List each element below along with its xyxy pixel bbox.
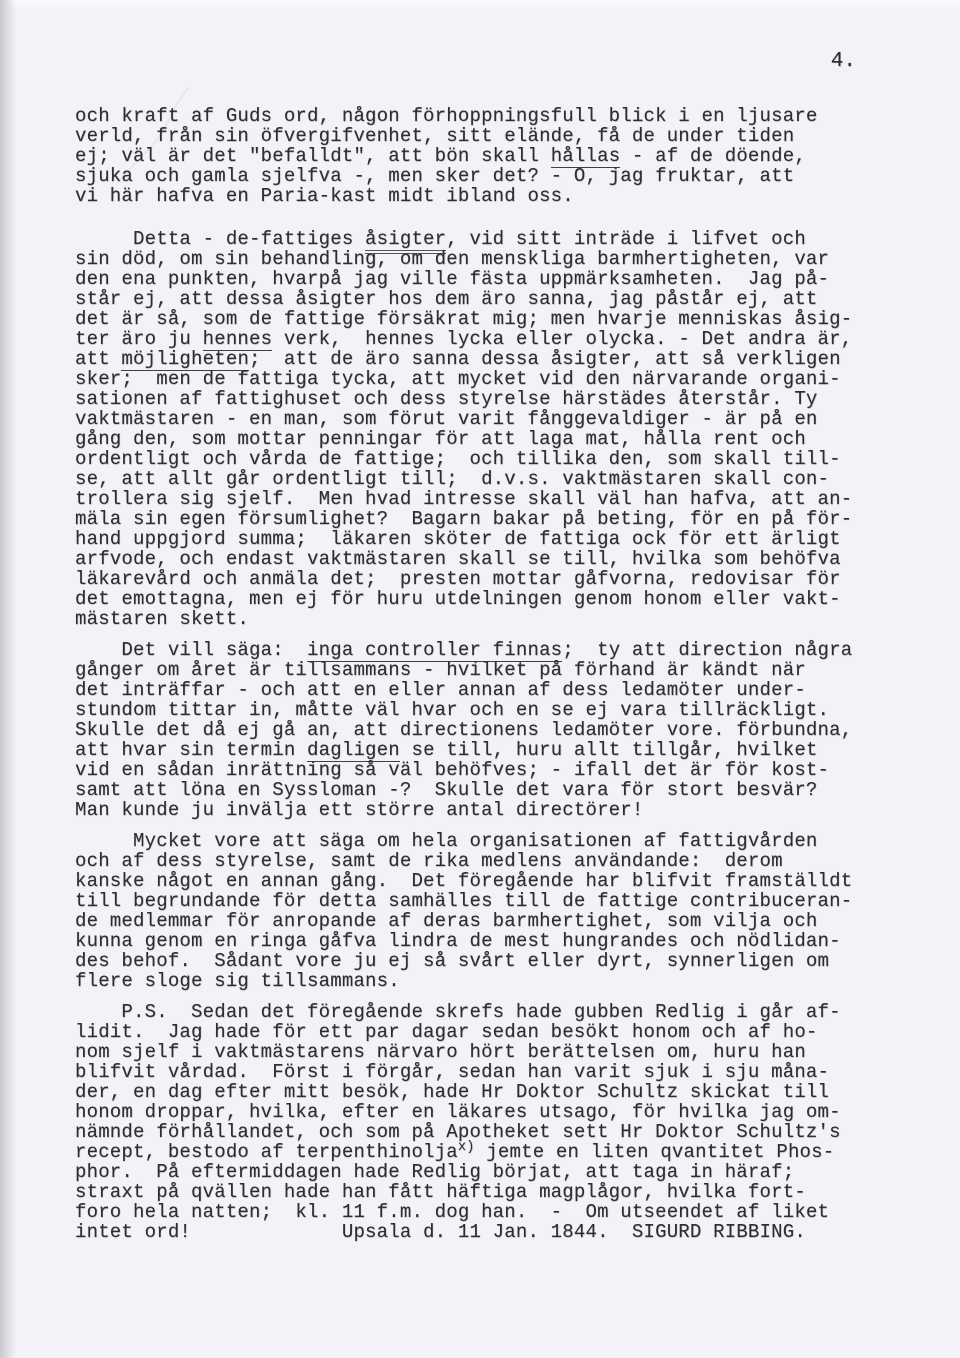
text-line: ter äro ju hennes verk, hennes lycka ell… — [75, 329, 852, 349]
text-line: ej; väl är det "befalldt", att bön skall… — [75, 146, 852, 166]
text-line: kanske något en annan gång. Det föregåen… — [75, 871, 852, 891]
paper-top-sheen — [0, 0, 960, 10]
paragraph: P.S. Sedan det föregående skrefs hade gu… — [75, 1002, 852, 1242]
text-line: att hvar sin termin dagligen se till, hu… — [75, 740, 852, 760]
text-line: samt att löna en Syssloman -? Skulle det… — [75, 780, 852, 800]
text-line: det är så, som de fattige försäkrat mig;… — [75, 309, 852, 329]
text-line: står ej, att dessa åsigter hos dem äro s… — [75, 289, 852, 309]
text-line: det emottagna, men ej för huru utdelning… — [75, 589, 852, 609]
text-line: mästaren skett. — [75, 609, 852, 629]
text-line: lidit. Jag hade för ett par dagar sedan … — [75, 1022, 852, 1042]
text-line: phor. På eftermiddagen hade Redlig börja… — [75, 1162, 852, 1182]
page-number: 4. — [831, 50, 856, 73]
footnote-marker: x) — [458, 1140, 475, 1155]
text-line: de medlemmar för anropande af deras barm… — [75, 911, 852, 931]
text-line: Det vill säga: inga controller finnas; t… — [75, 640, 852, 660]
text-line: ordentligt och vårda de fattige; och til… — [75, 449, 852, 469]
text-line: gånger om året är tillsammans - hvilket … — [75, 660, 852, 680]
text-line: verld, från sin öfvergifvenhet, sitt elä… — [75, 126, 852, 146]
paragraph: Mycket vore att säga om hela organisatio… — [75, 831, 852, 991]
text-line: nom sjelf i vaktmästarens närvaro hört b… — [75, 1042, 852, 1062]
text-line: honom droppar, hvilka, efter en läkares … — [75, 1102, 852, 1122]
text-line: hand uppgjord summa; läkaren sköter de f… — [75, 529, 852, 549]
text-line: sjuka och gamla sjelfva -, men sker det?… — [75, 166, 852, 186]
document-text: och kraft af Guds ord, någon förhoppning… — [75, 106, 852, 1253]
text-line: Man kunde ju invälja ett större antal di… — [75, 800, 852, 820]
paragraph: och kraft af Guds ord, någon förhoppning… — [75, 106, 852, 206]
text-line: sker; men de fattiga tycka, att mycket v… — [75, 369, 852, 389]
text-line: den ena punkten, hvarpå jag ville fästa … — [75, 269, 852, 289]
text-line: stundom tittar in, måtte väl hvar och en… — [75, 700, 852, 720]
text-line: der, en dag efter mitt besök, hade Hr Do… — [75, 1082, 852, 1102]
text-line: Detta - de-fattiges åsigter, vid sitt in… — [75, 229, 852, 249]
text-line: flere sloge sig tillsammans. — [75, 971, 852, 991]
text-line: vi här hafva en Paria-kast midt ibland o… — [75, 186, 852, 206]
text-line: och kraft af Guds ord, någon förhoppning… — [75, 106, 852, 126]
text-line: Skulle det då ej gå an, att directionens… — [75, 720, 852, 740]
text-line: mäla sin egen försumlighet? Bagarn bakar… — [75, 509, 852, 529]
text-line: se, att allt går ordentligt till; d.v.s.… — [75, 469, 852, 489]
text-line: gång den, som mottar penningar för att l… — [75, 429, 852, 449]
text-line: sin död, om sin behandling, om den mensk… — [75, 249, 852, 269]
text-line: recept, bestodo af terpenthinoljax) jemt… — [75, 1142, 852, 1162]
text-line: trollera sig sjelf. Men hvad intresse sk… — [75, 489, 852, 509]
paragraph: Detta - de-fattiges åsigter, vid sitt in… — [75, 229, 852, 629]
text-line: kunna genom en ringa gåfva lindra de mes… — [75, 931, 852, 951]
text-line: intet ord! Upsala d. 11 Jan. 1844. SIGUR… — [75, 1222, 852, 1242]
text-line: straxt på qvällen hade han fått häftiga … — [75, 1182, 852, 1202]
text-line: nämnde förhållandet, och som på Apotheke… — [75, 1122, 852, 1142]
paragraph: Det vill säga: inga controller finnas; t… — [75, 640, 852, 820]
text-line: vaktmästaren - en man, som förut varit f… — [75, 409, 852, 429]
text-line: vid en sådan inrättning så väl behöfves;… — [75, 760, 852, 780]
text-line: läkarevård och anmäla det; presten motta… — [75, 569, 852, 589]
text-line: och af dess styrelse, samt de rika medle… — [75, 851, 852, 871]
scanned-document-page: 4. och kraft af Guds ord, någon förhoppn… — [0, 0, 960, 1358]
text-line: blifvit vårdad. Först i förgår, sedan ha… — [75, 1062, 852, 1082]
text-line: det inträffar - och att en eller annan a… — [75, 680, 852, 700]
text-line: foro hela natten; kl. 11 f.m. dog han. -… — [75, 1202, 852, 1222]
text-line: P.S. Sedan det föregående skrefs hade gu… — [75, 1002, 852, 1022]
text-line: att möjligheten; att de äro sanna dessa … — [75, 349, 852, 369]
text-line: sationen af fattighuset och dess styrels… — [75, 389, 852, 409]
page-left-edge-shadow — [0, 0, 16, 1358]
text-line: Mycket vore att säga om hela organisatio… — [75, 831, 852, 851]
text-line: arfvode, och endast vaktmästaren skall s… — [75, 549, 852, 569]
text-line: till begrundande för detta samhälles til… — [75, 891, 852, 911]
text-line: des behof. Sådant vore ju ej så svårt el… — [75, 951, 852, 971]
